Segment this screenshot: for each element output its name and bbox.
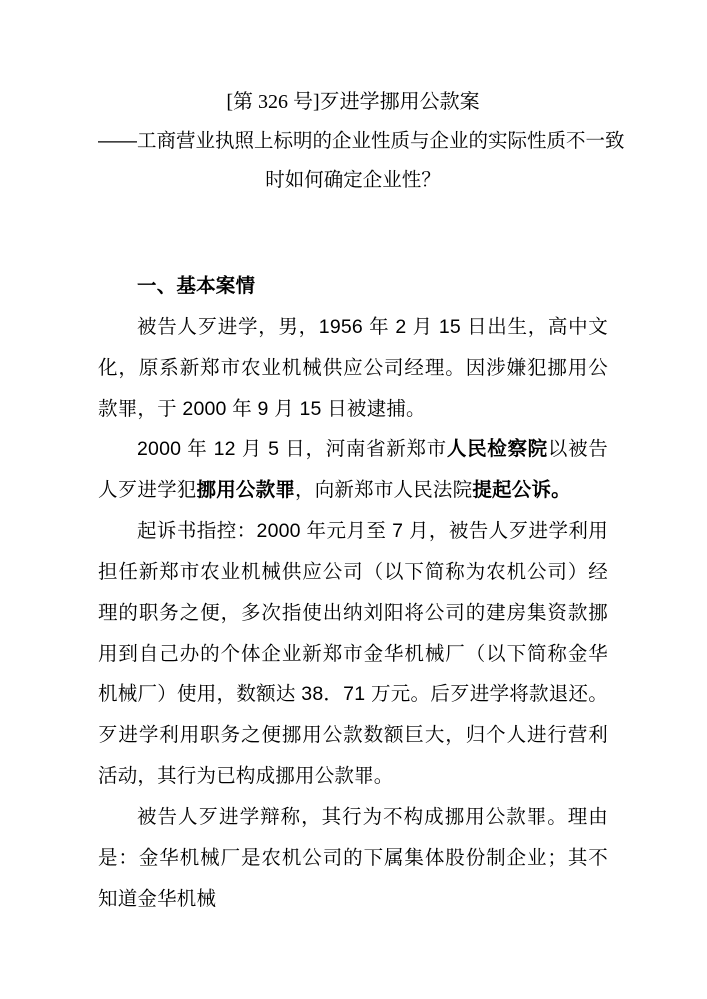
text-run: 学犯: [157, 479, 196, 501]
text-run-bold-crime-name: 挪用公款罪: [197, 479, 296, 501]
paragraph-indictment-allegations: 起诉书指控：2000 年元月至 7 月，被告人歹进学利用担任新郑市农业机械供应公…: [98, 511, 608, 797]
text-run: 2000 年 12 月 5 日，河南省新郑市: [137, 438, 447, 460]
text-run-bold-public-prosecution: 提起公诉。: [472, 479, 571, 501]
paragraph-prosecution-filing: 2000 年 12 月 5 日，河南省新郑市人民检察院以被告人歹进学犯挪用公款罪…: [98, 429, 608, 511]
case-subtitle-line-2: 时如何确定企业性？: [98, 161, 608, 200]
title-block: [第 326 号]歹进学挪用公款案 ——工商营业执照上标明的企业性质与企业的实际…: [98, 83, 608, 200]
paragraph-defendant-defense: 被告人歹进学辩称，其行为不构成挪用公款罪。理由是：金华机械厂是农机公司的下属集体…: [98, 797, 608, 920]
paragraph-defendant-info: 被告人歹进学，男，1956 年 2 月 15 日出生，高中文化，原系新郑市农业机…: [98, 307, 608, 430]
section-heading-basic-facts: 一、基本案情: [98, 266, 608, 307]
document-page: [第 326 号]歹进学挪用公款案 ——工商营业执照上标明的企业性质与企业的实际…: [0, 0, 707, 999]
text-run: ，向新郑市人民法院: [295, 479, 472, 501]
document-body: 一、基本案情 被告人歹进学，男，1956 年 2 月 15 日出生，高中文化，原…: [98, 266, 608, 920]
case-title: [第 326 号]歹进学挪用公款案: [98, 83, 608, 122]
text-run-bold-procuratorate: 人民检察院: [447, 438, 548, 460]
case-subtitle-line-1: ——工商营业执照上标明的企业性质与企业的实际性质不一致: [98, 122, 608, 161]
